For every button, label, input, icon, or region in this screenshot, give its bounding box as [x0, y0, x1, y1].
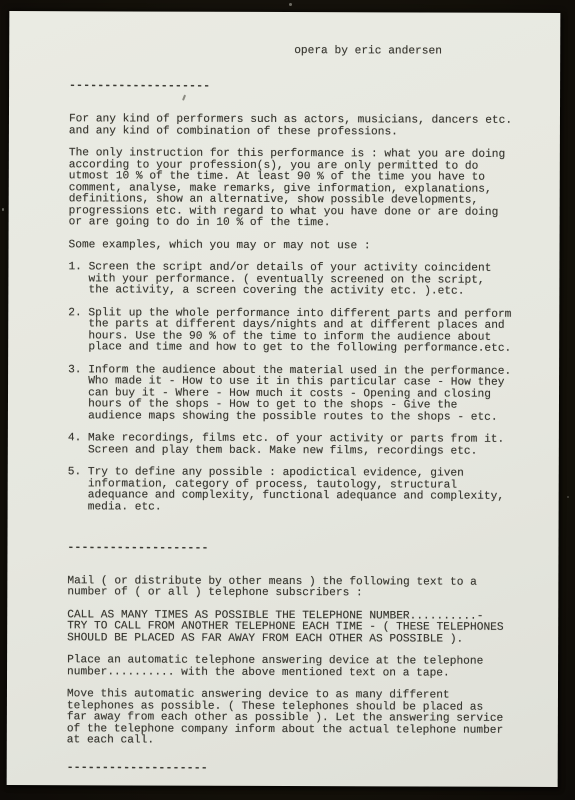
document-body: opera by eric andersen -----------------…: [7, 11, 561, 776]
paragraph: Move this automatic answering device to …: [67, 689, 530, 748]
numbered-item: 4. Make recordings, films etc. of your a…: [68, 433, 531, 458]
numbered-item: 1. Screen the script and/or details of y…: [68, 262, 531, 298]
paragraph: For any kind of performers such as actor…: [69, 114, 532, 139]
numbered-item: 5. Try to define any possible : apodicti…: [68, 467, 531, 515]
divider-mid: --------------------: [67, 543, 530, 556]
scan-speck: [289, 3, 292, 6]
document-header: opera by eric andersen: [294, 46, 532, 58]
divider-bottom: --------------------: [67, 763, 530, 776]
divider-top: --------------------: [69, 81, 532, 94]
paper-sheet: opera by eric andersen -----------------…: [7, 11, 561, 787]
paragraph: The only instruction for this performanc…: [69, 148, 532, 230]
numbered-item: 2. Split up the whole performance into d…: [68, 308, 531, 356]
uppercase-paragraph: CALL AS MANY TIMES AS POSSIBLE THE TELEP…: [67, 610, 530, 646]
paragraph: Place an automatic telephone answering d…: [67, 655, 530, 680]
paragraph: Some examples, which you may or may not …: [69, 240, 532, 253]
scan-speck: [2, 208, 4, 211]
numbered-item: 3. Inform the audience about the materia…: [68, 365, 531, 424]
paragraph: Mail ( or distribute by other means ) th…: [67, 576, 530, 601]
scan-speck: [567, 496, 569, 498]
